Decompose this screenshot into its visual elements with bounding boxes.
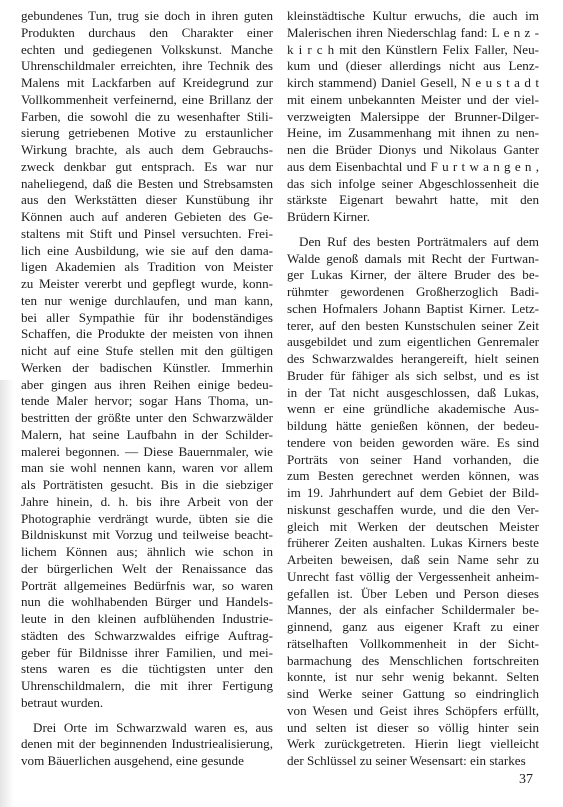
text-line: im 19. Jahrhundert auf dem Gebiet der Bi… (287, 485, 539, 502)
text-line: rühmter gewordenen Großherzoglich Badi- (287, 284, 539, 301)
text-line: Bruder für fähiger als sich selbst, und … (287, 368, 539, 385)
text-line: Werk zurückgetreten. Hierin liegt vielle… (287, 736, 539, 753)
text-line: betraut wurden. (21, 695, 273, 712)
text-line: ligen Akademien als Tradition von Meiste… (21, 259, 273, 276)
text-line: naheliegend, daß die Besten und Strebsam… (21, 176, 273, 193)
text-line: Vollkommenheit verfeinernd, eine Brillan… (21, 92, 273, 109)
text-line: konnte, ist nur sehr wenig bekannt. Selt… (287, 669, 539, 686)
text-line: gebundenes Tun, trug sie doch in ihren g… (21, 8, 273, 25)
text-line: Schaffen, die Produkte der meisten von i… (21, 326, 273, 343)
text-line: tendere von beiden geworden wäre. Es sin… (287, 435, 539, 452)
text-line: Drei Orte im Schwarzwald waren es, aus (21, 720, 273, 737)
text-line: Den Ruf des besten Porträtmalers auf dem (287, 234, 539, 251)
text-line: zum Besten gerechnet werden können, was (287, 468, 539, 485)
text-line: von Wesen und Geist ihres Schöpfers erfü… (287, 703, 539, 720)
text-line: aber gingen aus ihren Reihen einige bede… (21, 377, 273, 394)
page-number: 37 (519, 772, 533, 788)
text-line: bei aller Sympathie für ihr bodenständig… (21, 310, 273, 327)
paragraph: gebundenes Tun, trug sie doch in ihren g… (21, 8, 273, 712)
text-line: Arbeiten beweisen, daß sein Name sehr zu (287, 552, 539, 569)
text-line: Unrecht fast völlig der Vergessenheit an… (287, 569, 539, 586)
text-line: barmachung des Menschlichen fortschreite… (287, 653, 539, 670)
text-line: vom Bäuerlichen ausgehend, eine gesunde (21, 753, 273, 770)
text-line: Produkten durchaus den Charakter einer (21, 25, 273, 42)
text-line: Bildniskunst mit Vorzug und teilweise be… (21, 527, 273, 544)
text-line: denen mit der beginnenden Industriealisi… (21, 736, 273, 753)
text-line: kum und (dieser allerdings nicht aus Len… (287, 58, 539, 75)
text-line: zu Meister vererbt und gepflegt wurde, k… (21, 276, 273, 293)
right-text-column: kleinstädtische Kultur erwuchs, die auch… (287, 8, 539, 770)
text-line: Porträts von seiner Hand vorhanden, die (287, 452, 539, 469)
text-line: verzweigten Malersippe der Brunner-Dilge… (287, 109, 539, 126)
paragraph: Drei Orte im Schwarzwald waren es, ausde… (21, 720, 273, 770)
text-line: tende Maler hervor; sogar Hans Thoma, un… (21, 393, 273, 410)
text-line: Wirkung brachte, als auch dem Gebrauchs- (21, 142, 273, 159)
text-line: Malern, hat seine Laufbahn in der Schild… (21, 427, 273, 444)
text-line: Brüdern Kirner. (287, 209, 539, 226)
text-line: ginnend, ganz aus eigener Kraft zu einer (287, 619, 539, 636)
text-line: Farben, die sowohl die zu wesenhafter St… (21, 109, 273, 126)
text-line: mit einem unbekannten Meister und der vi… (287, 92, 539, 109)
text-line: Uhrenschildmalern, die mit ihrer Fertigu… (21, 678, 273, 695)
text-line: geber für Bildnisse ihrer Familien, und … (21, 645, 273, 662)
text-line: zweck denkbar gut entsprach. Es war nur (21, 159, 273, 176)
text-line: terer, auf den besten Kunstschulen seine… (287, 318, 539, 335)
text-line: sierung getriebenen Motive zu erstaunlic… (21, 125, 273, 142)
text-line: niskunst geschaffen wurde, und die den V… (287, 502, 539, 519)
text-line: stens waren es die tüchtigsten unter den (21, 661, 273, 678)
text-line: lichem Können aus; ähnlich wie schon in (21, 544, 273, 561)
text-line: der bürgerlichen Welt der Renaissance da… (21, 561, 273, 578)
text-line: gefallen ist. Über Leben und Person dies… (287, 586, 539, 603)
text-line: Werken der badischen Künstler. Immerhin (21, 360, 273, 377)
text-line: nicht auf eine Stufe stellen mit den gül… (21, 343, 273, 360)
text-line: leute in den kleinen aufblühenden Indust… (21, 611, 273, 628)
text-line: kleinstädtische Kultur erwuchs, die auch… (287, 8, 539, 25)
text-line: Heine, im Zusammenhang mit ihnen zu nen- (287, 125, 539, 142)
text-line: echten und gediegenen Volkskunst. Manche (21, 42, 273, 59)
text-line: nen die Brüder Dionys und Nikolaus Gante… (287, 142, 539, 159)
text-line: gleich mit Werken der deutschen Meister (287, 519, 539, 536)
paragraph-gap (21, 712, 273, 720)
text-line: wenn er eine gründliche akademische Aus- (287, 401, 539, 418)
text-line: man sie wohl nennen kann, waren vor alle… (21, 460, 273, 477)
text-line: ger Lukas Kirner, der ältere Bruder des … (287, 267, 539, 284)
text-line: früherer Zeiten aushalten. Lukas Kirners… (287, 535, 539, 552)
text-line: als Porträtisten gesucht. Bis in die sie… (21, 477, 273, 494)
text-line: Jahre hinein, d. h. bis ihre Arbeit von … (21, 494, 273, 511)
text-line: k i r c h mit den Künstlern Felix Faller… (287, 42, 539, 59)
text-line: ten nur wenige durchlaufen, und man kann… (21, 293, 273, 310)
text-line: malerei begonnen. — Diese Bauernmaler, w… (21, 444, 273, 461)
paragraph-gap (287, 226, 539, 234)
text-line: stärkste Eigenart bewahrt hatte, mit den (287, 192, 539, 209)
text-line: Uhrenschildmaler erreichten, ihre Techni… (21, 58, 273, 75)
text-line: der Schlüssel zu seiner Wesensart: ein s… (287, 753, 539, 770)
text-line: des Schwarzwaldes herangereift, hielt se… (287, 351, 539, 368)
paragraph: kleinstädtische Kultur erwuchs, die auch… (287, 8, 539, 226)
text-line: bestritten der größte unter den Schwarzw… (21, 410, 273, 427)
text-line: lich eine Ausbildung, wie sie auf den da… (21, 243, 273, 260)
text-line: und selten ist dieser so völlig hinter s… (287, 720, 539, 737)
text-line: Malens mit Lackfarben auf Kreidegrund zu… (21, 75, 273, 92)
text-line: bildung hätte genießen können, der bedeu… (287, 418, 539, 435)
text-line: Photographie verdrängt wurde, übten sie … (21, 511, 273, 528)
text-line: rätselhaften Vollkommenheit in der Sicht… (287, 636, 539, 653)
text-line: nun die wohlhabenden Bürger und Handels- (21, 594, 273, 611)
text-line: in der Tat nicht ausgeschlossen, daß Luk… (287, 385, 539, 402)
text-line: das sich infolge seiner Abgeschlossenhei… (287, 176, 539, 193)
text-line: sind Werke seiner Gattung so eindringlic… (287, 686, 539, 703)
left-text-column: gebundenes Tun, trug sie doch in ihren g… (21, 8, 273, 770)
text-line: Malerischen ihren Niederschlag fand: L e… (287, 25, 539, 42)
text-line: schen Hofmalers Johann Baptist Kirner. L… (287, 301, 539, 318)
text-line: aus dem Eisenbachtal und F u r t w a n g… (287, 159, 539, 176)
text-line: kirch stammend) Daniel Gesell, N e u s t… (287, 75, 539, 92)
text-line: ausgebildet und zum eigentlichen Genrema… (287, 334, 539, 351)
text-line: staltens mit Stift und Pinsel versuchten… (21, 226, 273, 243)
text-line: Können auch auf anderen Gebieten des Ge- (21, 209, 273, 226)
text-line: städten des Schwarzwaldes eifrige Auftra… (21, 628, 273, 645)
text-line: aus den Werkstätten dieser Kunstübung ih… (21, 192, 273, 209)
text-line: Mannes, der als einfacher Schildermaler … (287, 602, 539, 619)
text-line: Walde genoß damals mit Recht der Furtwan… (287, 251, 539, 268)
text-line: Porträt allgemeines Bedürfnis war, so wa… (21, 578, 273, 595)
scan-edge-shadow (0, 380, 14, 807)
paragraph: Den Ruf des besten Porträtmalers auf dem… (287, 234, 539, 770)
